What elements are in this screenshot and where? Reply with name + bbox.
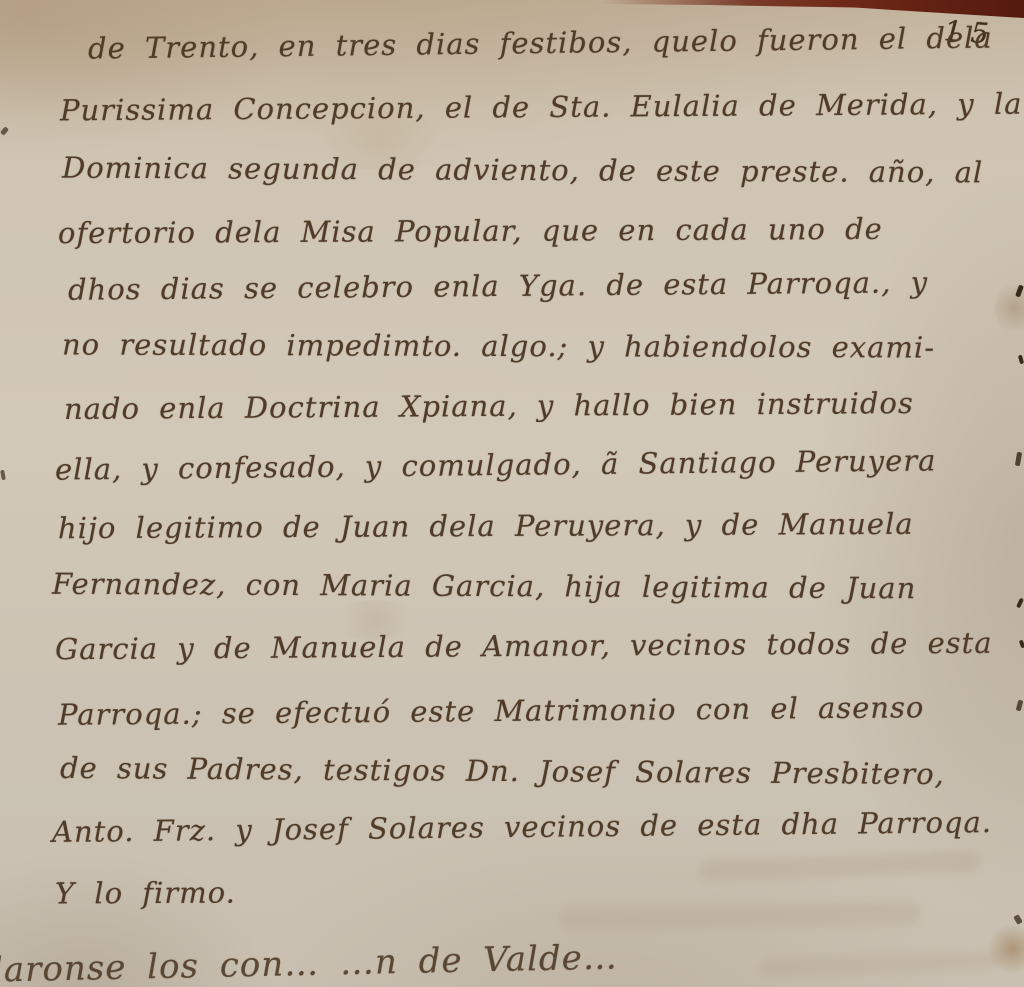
manuscript-page: 15 de Trento, en tres dias festibos, que… [0, 0, 1024, 987]
manuscript-text-block: de Trento, en tres dias festibos, quelo … [0, 0, 1024, 987]
manuscript-line: dhos dias se celebro enla Yga. de esta P… [68, 265, 928, 307]
manuscript-line: de sus Padres, testigos Dn. Josef Solare… [60, 751, 945, 791]
manuscript-line: ella, y confesado, y comulgado, ã Santia… [55, 443, 937, 486]
manuscript-line: de Trento, en tres dias festibos, quelo … [88, 20, 993, 65]
manuscript-line: Dominica segunda de adviento, de este pr… [62, 151, 983, 190]
manuscript-line: Parroqa.; se efectuó este Matrimonio con… [58, 690, 925, 732]
manuscript-line: Y lo firmo. [55, 876, 236, 911]
manuscript-line: hijo legitimo de Juan dela Peruyera, y d… [58, 507, 914, 545]
manuscript-line: Anto. Frz. y Josef Solares vecinos de es… [52, 805, 992, 849]
manuscript-line: Fernandez, con Maria Garcia, hija legiti… [52, 567, 916, 606]
manuscript-line: no resultado impedimto. algo.; y habiend… [62, 327, 935, 364]
manuscript-line-cutoff: laronse los con… …n de Valde… [0, 937, 618, 987]
manuscript-line: nado enla Doctrina Xpiana, y hallo bien … [64, 386, 914, 426]
manuscript-line: Garcia y de Manuela de Amanor, vecinos t… [55, 626, 993, 667]
manuscript-line: ofertorio dela Misa Popular, que en cada… [58, 212, 883, 250]
manuscript-line: Purissima Concepcion, el de Sta. Eulalia… [60, 87, 1023, 128]
